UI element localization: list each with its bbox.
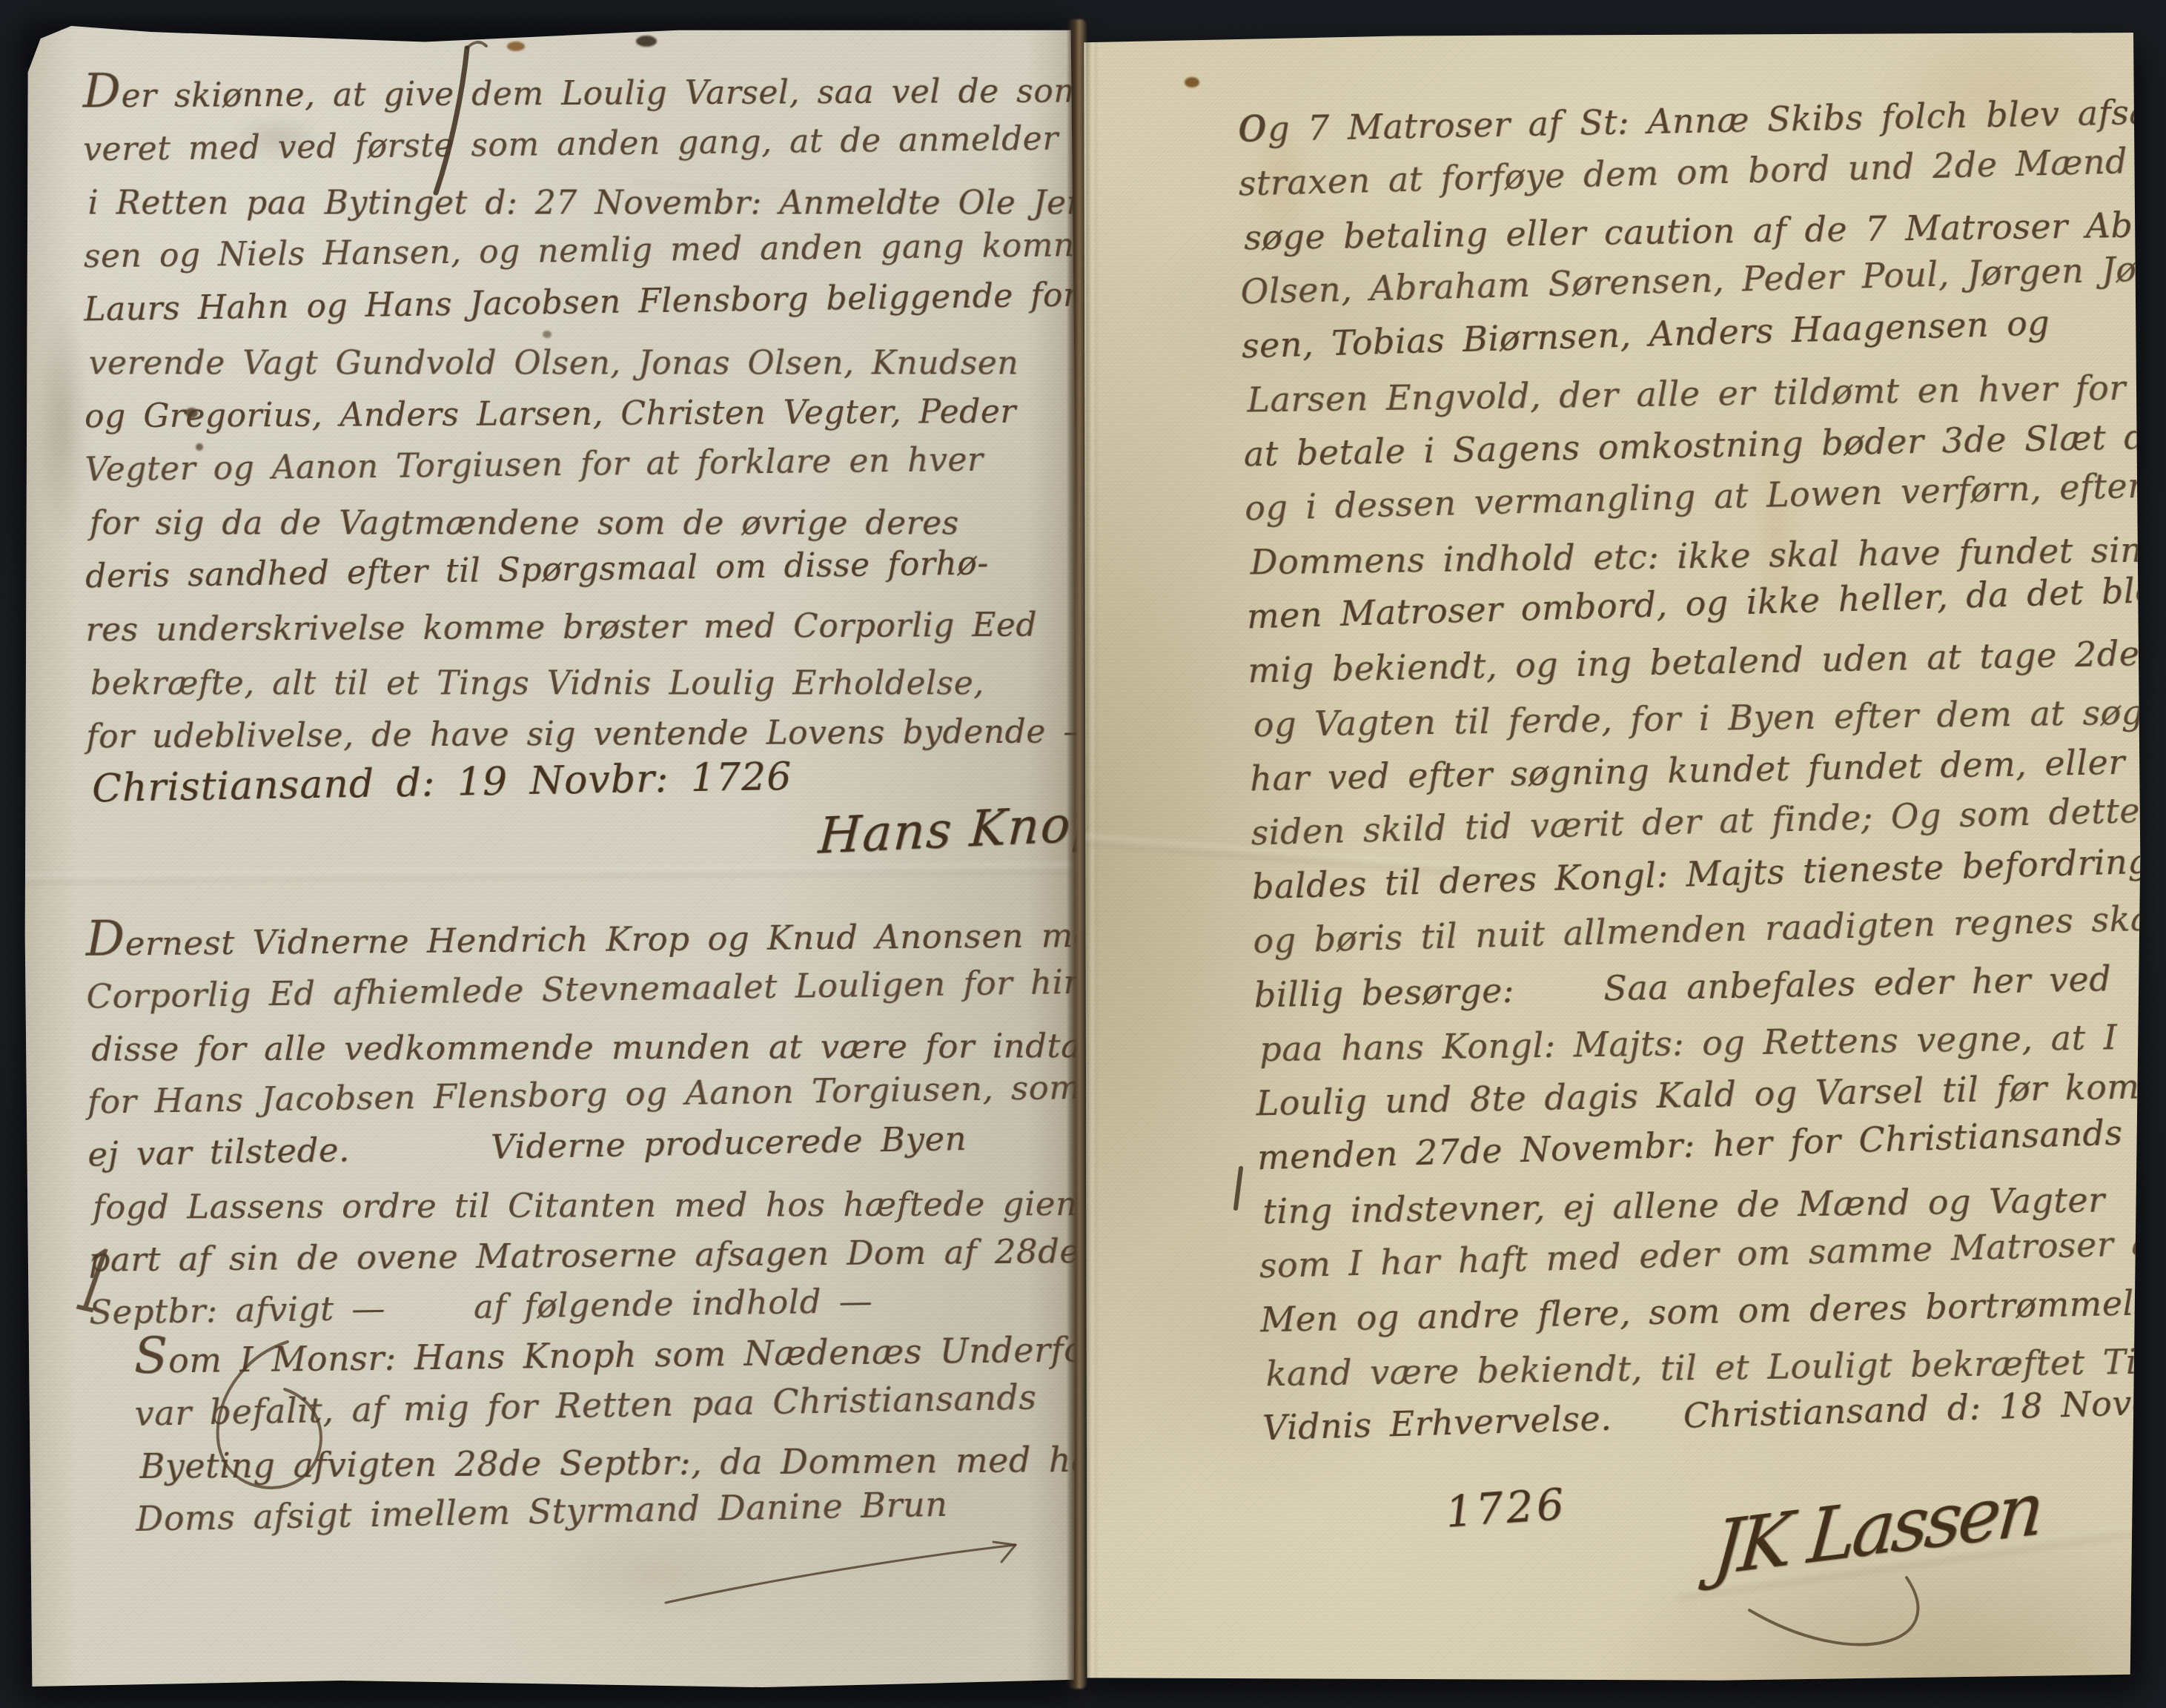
vertical-fold-ridge (1086, 33, 1097, 1683)
left-page-paragraph-1: Der skiønne, at give dem Loulig Varsel, … (83, 60, 1073, 764)
pen-slash-stroke (467, 42, 486, 48)
signature-flourish (1749, 1578, 1918, 1644)
rust-speck (507, 42, 525, 51)
manuscript-line: bekræfte, alt til et Tings Vidnis Loulig… (90, 657, 1076, 710)
year-label: 1726 (1444, 1478, 1569, 1537)
left-page: Der skiønne, at give dem Loulig Varsel, … (24, 13, 1079, 1693)
manuscript-scan-background: Der skiønne, at give dem Loulig Varsel, … (0, 0, 2166, 1708)
manuscript-line: veret med ved første som anden gang, at … (83, 112, 1070, 176)
arrow-flourish (666, 1545, 1016, 1603)
smudge-stain (36, 301, 89, 546)
page-fold-gutter (1067, 19, 1087, 1689)
manuscript-line: Vegter og Aanon Torgiusen for at forklar… (85, 432, 1071, 497)
manuscript-line: for udeblivelse, de have sig ventende Lo… (86, 706, 1072, 764)
ink-speck (636, 36, 657, 47)
margin-tick-stroke (1236, 1168, 1241, 1208)
left-page-paragraph-2: Dernest Vidnerne Hendrich Krop og Knud A… (86, 904, 1076, 1339)
manuscript-line: verende Vagt Gundvold Olsen, Jonas Olsen… (89, 337, 1075, 390)
fold-crease (24, 862, 1079, 885)
left-page-paragraph-3: Som I Monsr: Hans Knoph som Nædenæs Unde… (133, 1318, 1079, 1546)
arrow-flourish-head (993, 1542, 1016, 1562)
manuscript-line: res underskrivelse komme brøster med Cor… (85, 599, 1071, 658)
signature-lassen: JK Lassen (1710, 1466, 2044, 1592)
rust-speck (1185, 77, 1199, 87)
right-page-body: og 7 Matroser af St: Annæ Skibs folch bl… (1237, 81, 2141, 1456)
manuscript-line: fogd Lassens ordre til Citanten med hos … (93, 1177, 1079, 1234)
right-page: og 7 Matroser af St: Annæ Skibs folch bl… (1081, 33, 2141, 1683)
signature-hans-knoph: Hans Knoph (817, 793, 1079, 865)
